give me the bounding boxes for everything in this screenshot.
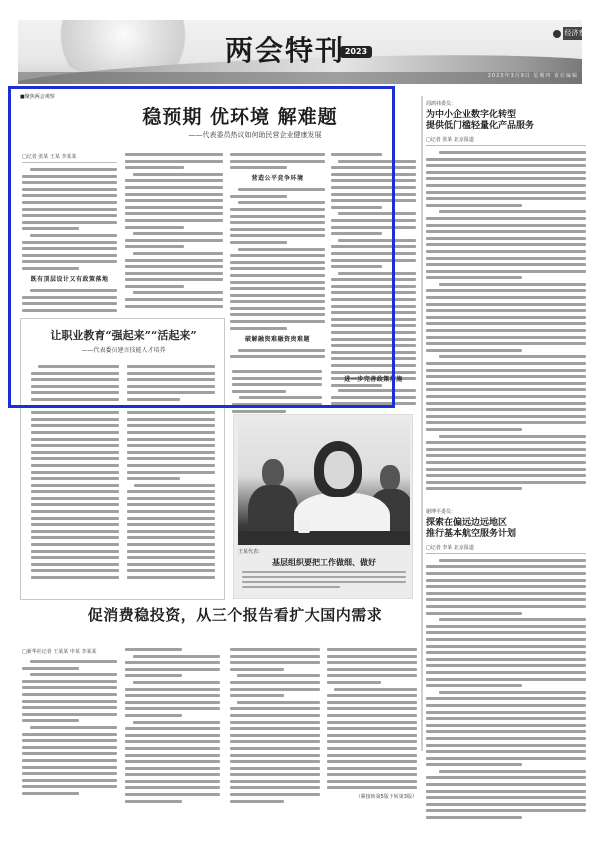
right-story-1-title-line-2: 提供低门槛轻量化产品服务: [426, 121, 586, 132]
newspaper-page: 两会特刊 2023 经济参考报 2023年3月9日 星期四 责任编辑 ■聚焦两会…: [0, 0, 600, 841]
masthead-title: 两会特刊: [225, 29, 345, 69]
news-photo[interactable]: [238, 419, 410, 545]
bottom-article-byline: □新华社记者 王某某 申某 李某某: [22, 648, 97, 655]
lead-article-subhead: 破解融资难融资贵难题: [230, 334, 325, 343]
lead-article-column-3-continued: [232, 370, 322, 416]
right-story-2-body: [426, 559, 586, 819]
publisher-logo: 经济参考报: [563, 27, 582, 40]
vocational-education-article: 让职业教育“强起来”“活起来” ——代表委员建言技能人才培养: [20, 318, 225, 600]
masthead-banner: 两会特刊 2023 经济参考报 2023年3月9日 星期四 责任编辑: [18, 20, 582, 84]
lead-article-byline: □记者 张某 王某 李某某: [22, 153, 117, 163]
lead-article-column-4-continued: 进一步完善政策措施: [331, 370, 416, 409]
right-story-1-kicker: 周鸿祎委员：: [426, 100, 586, 107]
publisher-logo-icon: [553, 30, 561, 38]
right-story-1-body: [426, 151, 586, 490]
right-story-1-title-line-1: 为中小企业数字化转型: [426, 110, 586, 121]
continued-note: （紧接转第5版下转第3版）: [327, 793, 417, 800]
bottom-article-column-2: [125, 648, 220, 806]
bottom-article-column-3: [230, 648, 320, 806]
lead-article-subhead: 进一步完善政策措施: [331, 374, 416, 383]
photo-cup: [298, 521, 310, 533]
photo-person-main-face: [324, 451, 354, 489]
lead-article-column-3: 营造公平竞争环境 破解融资难融资贵难题: [230, 153, 325, 362]
right-column-divider: [421, 96, 423, 751]
right-story-1-byline: □记者 张某 北京报道: [426, 136, 586, 146]
lead-article-column-1: □记者 张某 王某 李某某 既有顶层设计又有政策落地: [22, 153, 117, 315]
box-article-title[interactable]: 让职业教育“强起来”“活起来”: [21, 327, 226, 343]
bottom-article-column-1: [22, 660, 117, 798]
right-story-1-title[interactable]: 为中小企业数字化转型 提供低门槛轻量化产品服务: [426, 110, 586, 132]
right-story-2-title[interactable]: 探索在偏远边远地区 推行基本航空服务计划: [426, 518, 586, 540]
lead-article-tag: ■聚焦两会观察: [20, 93, 55, 100]
right-story-2-byline: □记者 李某 北京报道: [426, 544, 586, 554]
right-story-2-title-line-1: 探索在偏远边远地区: [426, 518, 586, 529]
bottom-article-title[interactable]: 促消费稳投资，从三个报告看扩大国内需求: [75, 604, 395, 625]
photo-headline[interactable]: 基层组织要把工作做细、做好: [234, 557, 414, 568]
right-story-2-kicker: 谢博平委员：: [426, 508, 586, 515]
lead-article-subhead: 既有顶层设计又有政策落地: [22, 274, 117, 283]
lead-article-column-4: [331, 153, 416, 390]
box-article-column-2: [127, 365, 215, 583]
lead-article-column-2: [125, 153, 223, 311]
box-article-subtitle: ——代表委员建言技能人才培养: [21, 345, 226, 354]
photo-desk: [238, 531, 410, 545]
photo-story: 王某代表： 基层组织要把工作做细、做好: [233, 414, 413, 599]
lead-article-subhead: 营造公平竞争环境: [230, 173, 325, 182]
right-column: 周鸿祎委员： 为中小企业数字化转型 提供低门槛轻量化产品服务 □记者 张某 北京…: [426, 100, 586, 823]
bottom-article-column-4: （紧接转第5版下转第3版）: [327, 648, 417, 800]
year-badge: 2023: [340, 46, 372, 58]
photo-caption-text: [242, 571, 406, 591]
right-story-2-title-line-2: 推行基本航空服务计划: [426, 529, 586, 540]
photo-caption-name: 王某代表：: [238, 548, 263, 555]
masthead-footer-text: 2023年3月9日 星期四 责任编辑: [488, 72, 578, 79]
lead-article-title[interactable]: 稳预期 优环境 解难题: [110, 102, 370, 129]
lead-article-subtitle: ——代表委员热议如何助民营企业健康发展: [140, 130, 370, 140]
box-article-column-1: [31, 365, 119, 583]
